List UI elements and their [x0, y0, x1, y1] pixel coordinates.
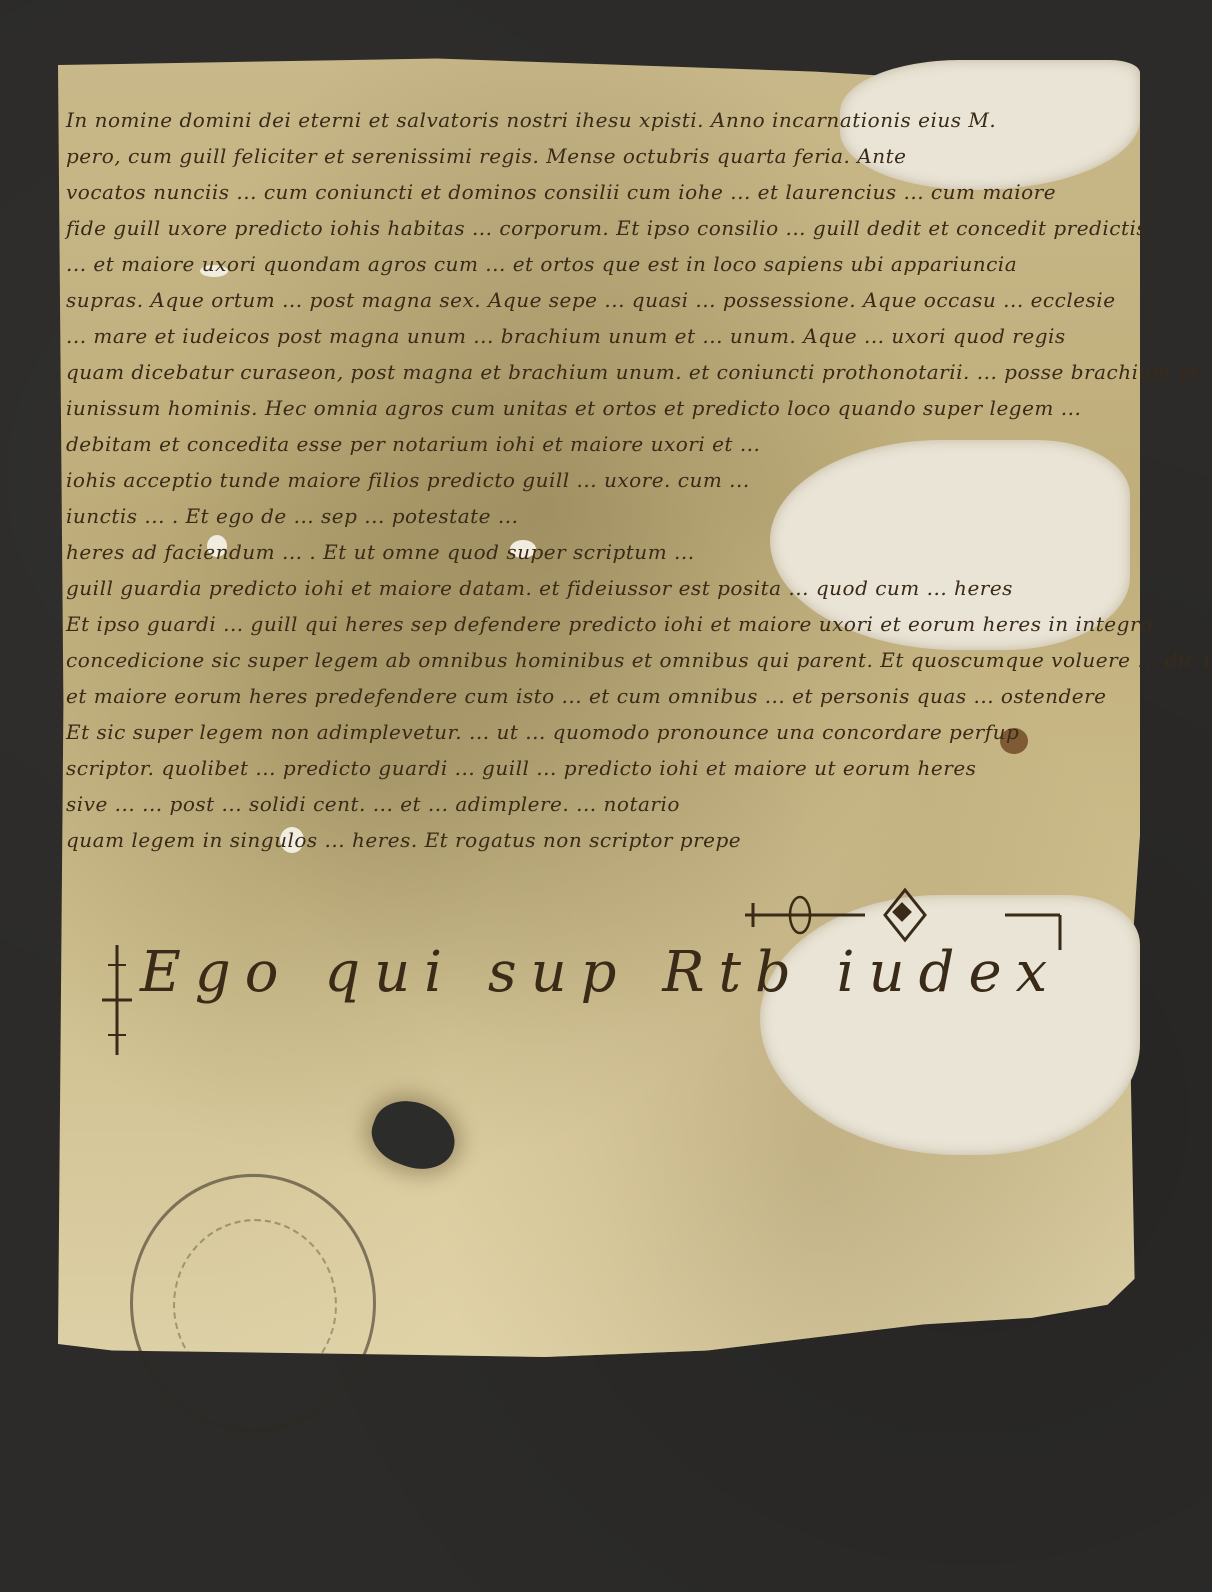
text-line: iunissum hominis. Hec omnia agros cum un… — [66, 396, 1081, 420]
text-line: sive ... ... post ... solidi cent. ... e… — [66, 792, 680, 816]
text-line: scriptor. quolibet ... predicto guardi .… — [66, 756, 976, 780]
text-line: pero, cum guill feliciter et serenissimi… — [66, 144, 906, 168]
text-line: Et sic super legem non adimplevetur. ...… — [66, 720, 1019, 744]
text-line: fide guill uxore predicto iohis habitas … — [66, 216, 1147, 240]
text-line: Et ipso guardi ... guill qui heres sep d… — [66, 612, 1153, 636]
text-line: guill guardia predicto iohi et maiore da… — [66, 576, 1013, 600]
cross-signum-icon — [102, 945, 132, 1055]
text-line: iohis acceptio tunde maiore filios predi… — [66, 468, 750, 492]
text-line: quam dicebatur curaseon, post magna et b… — [66, 360, 1199, 384]
text-line: ... mare et iudeicos post magna unum ...… — [66, 324, 1066, 348]
text-line: concedicione sic super legem ab omnibus … — [66, 648, 1212, 672]
text-line: supras. Aque ortum ... post magna sex. A… — [66, 288, 1116, 312]
text-line: quam legem in singulos ... heres. Et rog… — [66, 828, 741, 852]
stamp-inner-ring — [173, 1219, 337, 1391]
text-line: debitam et concedita esse per notarium i… — [66, 432, 760, 456]
text-line: heres ad faciendum ... . Et ut omne quod… — [66, 540, 695, 564]
archive-stamp — [130, 1174, 376, 1432]
text-line: vocatos nunciis ... cum coniuncti et dom… — [66, 180, 1056, 204]
judge-signature: Ego qui sup Rtb iudex — [140, 940, 1061, 1005]
text-line: ... et maiore uxori quondam agros cum ..… — [66, 252, 1017, 276]
text-line: iunctis ... . Et ego de ... sep ... pote… — [66, 504, 518, 528]
text-line: et maiore eorum heres predefendere cum i… — [66, 684, 1107, 708]
text-line: In nomine domini dei eterni et salvatori… — [66, 108, 996, 132]
